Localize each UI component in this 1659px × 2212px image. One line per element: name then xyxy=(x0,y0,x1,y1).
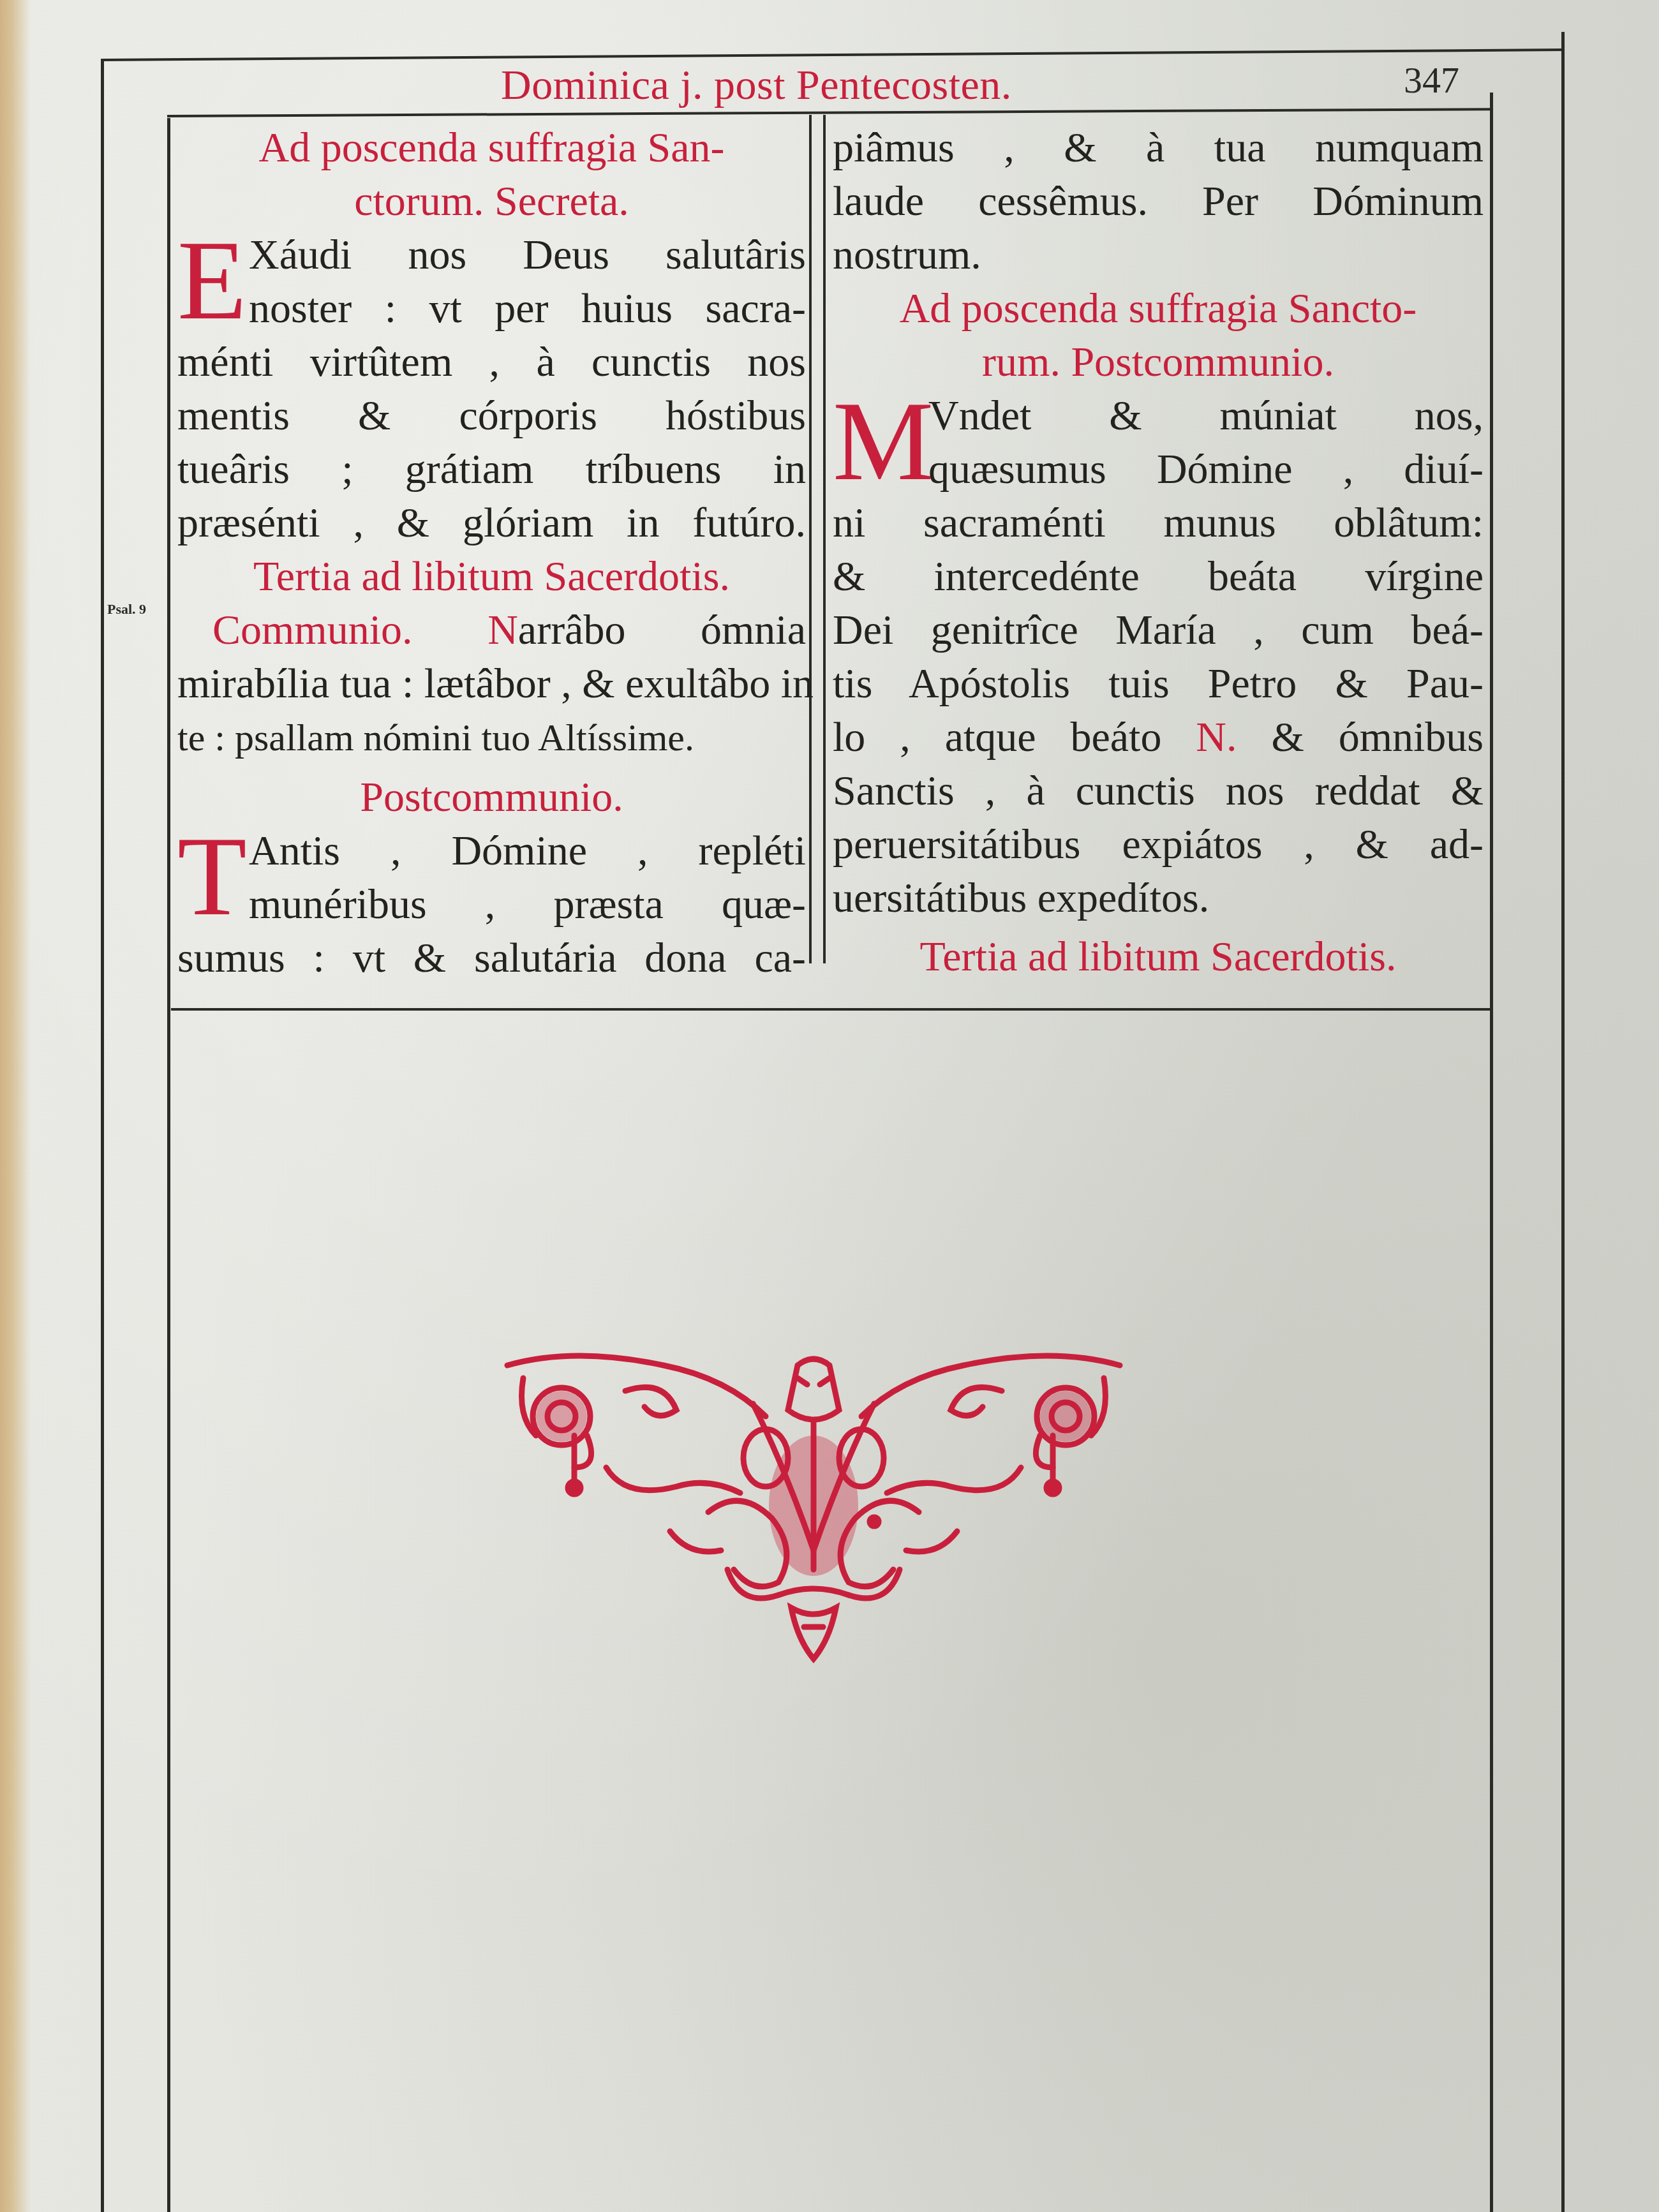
text-block-bottom-rule xyxy=(171,1008,1490,1011)
text-line: ni sacraménti munus oblâtum: xyxy=(833,496,1484,550)
left-column: Ad poscenda suffragia San- ctorum. Secre… xyxy=(177,121,806,985)
text-line: peruersitátibus expiátos , & ad- xyxy=(833,818,1484,872)
tertia-rubric-right: Tertia ad libitum Sacerdotis. xyxy=(833,930,1484,984)
running-head: Dominica j. post Pentecosten. 347 xyxy=(169,57,1491,116)
communio-initial: N xyxy=(487,607,518,653)
text-line: tis Apóstolis tuis Petro & Pau- xyxy=(833,657,1484,711)
column-divider-left xyxy=(809,115,812,963)
page-edge-stain xyxy=(0,0,31,2212)
text-line: uersitátibus expedítos. xyxy=(833,872,1484,925)
text-line: tueâris ; grátiam tríbuens in xyxy=(177,443,806,496)
margin-citation: Psal. 9 xyxy=(107,601,146,618)
book-page: Dominica j. post Pentecosten. 347 Psal. … xyxy=(0,0,1659,2212)
drop-cap-m: M xyxy=(833,393,934,489)
inner-left-rule xyxy=(167,118,170,2212)
text-line: sumus : vt & salutária dona ca- xyxy=(177,932,806,985)
text-line: te : psallam nómini tuo Altíssime. xyxy=(177,711,806,764)
page-number: 347 xyxy=(1404,59,1459,101)
text-line: munéribus , præsta quæ- xyxy=(177,878,806,932)
secreta-heading-line-1: Ad poscenda suffragia San- xyxy=(177,121,806,175)
text-line: noster : vt per huius sacra- xyxy=(177,282,806,336)
text-line-with-name-placeholder: lo , atque beáto N. & ómnibus xyxy=(833,711,1484,764)
running-title: Dominica j. post Pentecosten. xyxy=(501,61,1012,110)
tertia-rubric-left: Tertia ad libitum Sacerdotis. xyxy=(177,550,806,604)
right-column: piâmus , & à tua numquam laude cessêmus.… xyxy=(833,121,1484,984)
outer-right-rule xyxy=(1561,32,1565,2212)
drop-cap-e: E xyxy=(177,232,247,328)
text-line: mentis & córporis hóstibus xyxy=(177,389,806,443)
outer-left-rule xyxy=(101,59,104,2212)
postcommunio-prayer-left: T Antis , Dómine , repléti munéribus , p… xyxy=(177,824,806,985)
postcommunio-heading-left: Postcommunio. xyxy=(177,771,806,824)
column-divider-right xyxy=(823,115,826,963)
text-line: præsénti , & glóriam in futúro. xyxy=(177,496,806,550)
text-line: laude cessêmus. Per Dóminum xyxy=(833,175,1484,228)
text-line: Xáudi nos Deus salutâris xyxy=(177,228,806,282)
postcommunio-heading-right-line-1: Ad poscenda suffragia Sancto- xyxy=(833,282,1484,336)
drop-cap-t: T xyxy=(177,828,247,924)
text-fragment: & ómnibus xyxy=(1271,714,1484,761)
name-placeholder-n: N. xyxy=(1196,714,1237,761)
red-foliate-ornament xyxy=(498,1340,1129,1665)
communio-line: Communio. Narrâbo ómnia xyxy=(177,604,806,657)
text-line: Sanctis , à cunctis nos reddat & xyxy=(833,764,1484,818)
text-line: Dei genitrîce María , cum beá- xyxy=(833,604,1484,657)
communio-label: Communio. xyxy=(212,607,413,653)
text-line: piâmus , & à tua numquam xyxy=(833,121,1484,175)
postcommunio-prayer-right: M Vndet & múniat nos, quæsumus Dómine , … xyxy=(833,389,1484,925)
communio-text: arrâbo ómnia xyxy=(518,607,806,653)
secreta-prayer: E Xáudi nos Deus salutâris noster : vt p… xyxy=(177,228,806,550)
text-line: mirabília tua : lætâbor , & exultâbo in xyxy=(177,657,806,711)
text-fragment: lo , atque beáto xyxy=(833,714,1161,761)
text-line: Antis , Dómine , repléti xyxy=(177,824,806,878)
secreta-heading-line-2: ctorum. Secreta. xyxy=(177,175,806,228)
text-line: & intercedénte beáta vírgine xyxy=(833,550,1484,604)
inner-right-rule xyxy=(1490,93,1493,2212)
ornament-icon xyxy=(498,1340,1129,1665)
text-line: nostrum. xyxy=(833,228,1484,282)
text-line: ménti virtûtem , à cunctis nos xyxy=(177,336,806,389)
